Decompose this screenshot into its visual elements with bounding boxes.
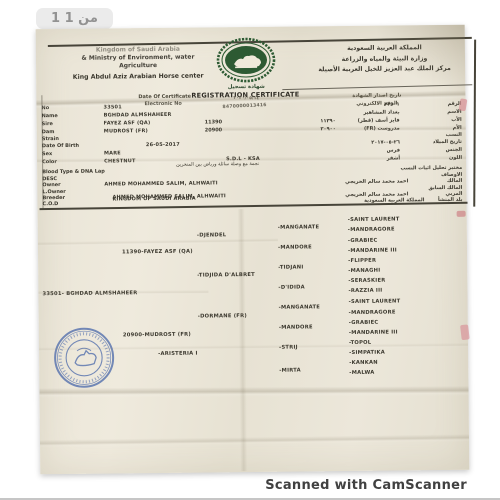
field-value-ar: ٣٣٥٠١ — [384, 101, 399, 107]
horse-center-seal-icon — [216, 37, 276, 84]
field-value: FAYEZ ASF (QA) — [104, 120, 151, 126]
pedigree-gen4-entry: -MIRTA — [279, 367, 301, 373]
field-value: MARE — [104, 150, 121, 156]
field-value-ar: بغداد المشاهير — [363, 109, 399, 115]
pink-edge-mark — [457, 211, 466, 217]
date-of-certificate-label-ar: تاريخ اصدار الشهادة — [352, 92, 401, 99]
pedigree-subject: 33501- BGHDAD ALMSHAHEER — [42, 290, 137, 297]
pedigree-gen4-entry: -TIDJANI — [278, 264, 303, 270]
dam-reg-number-ar: ٢٠٩٠٠ — [320, 126, 335, 132]
field-label-ar: اللون — [449, 155, 462, 161]
pedigree-gen3-entry: -DJENDEL — [197, 232, 226, 238]
field-label-en: Color — [42, 159, 57, 165]
sire-reg-number: 11390 — [205, 119, 222, 125]
field-label-ar: الأب — [451, 117, 462, 123]
field-value: KINGDOM OF SAUDI ARABIA — [112, 196, 195, 203]
ministry-header-en: Kingdom of Saudi Arabia & Ministry of En… — [42, 45, 234, 71]
certificate-date-value: ٢٠٢٠/٠٥/١٤ — [233, 96, 259, 101]
pedigree-sire: 11390-FAYEZ ASF (QA) — [122, 249, 193, 256]
paper-crease — [40, 434, 469, 448]
pedigree-gen5-entry: -KANKAN — [349, 360, 378, 366]
field-value: AHMED MOHAMMED SALIM, ALHWAITI — [104, 180, 218, 187]
header-underline-right — [282, 84, 472, 90]
org-line3-en: Agriculture — [42, 61, 234, 71]
pedigree-gen4-entry: -MANGANATE — [279, 304, 321, 310]
scanned-certificate: Kingdom of Saudi Arabia & Ministry of En… — [36, 25, 470, 474]
pedigree-gen5-entry: -MANDRAGORE — [349, 310, 396, 316]
field-value-ar: أشقر — [387, 155, 400, 161]
seal-caption-ar: شهادة تسجيل — [215, 84, 277, 91]
page-indicator-badge: 1 من 1 — [36, 8, 113, 29]
field-label-en: Name — [42, 113, 58, 119]
field-label-en: No — [41, 105, 49, 111]
field-label-ar: الاسم — [447, 109, 461, 115]
field-label-ar: بلد المنشأ — [438, 197, 463, 203]
field-label-ar: الرقم — [448, 101, 462, 107]
date-of-certificate-label: Date Of Certificate — [138, 94, 191, 101]
pedigree-dam: 20900-MUDROST (FR) — [123, 332, 191, 339]
field-label-ar: تاريخ الميلاد — [433, 139, 462, 145]
camscanner-watermark: Scanned with CamScanner — [265, 478, 467, 493]
field-value-ar: المملكة العربية السعودية — [364, 197, 424, 204]
field-value-ar: مدروست (FR) — [364, 125, 400, 131]
pedigree-gen5-entry: -SAINT LAURENT — [349, 298, 401, 305]
field-value-ar: فرس — [387, 147, 400, 153]
pedigree-gen5-entry: -SIMPATIKA — [349, 350, 385, 356]
field-label-en: Strain — [42, 136, 59, 142]
pedigree-gen4-entry: -MANDORE — [278, 244, 312, 250]
paper-crease-vertical — [238, 209, 248, 471]
sire-reg-number-ar: ١١٣٩٠ — [320, 118, 335, 124]
field-value: BGHDAD ALMSHAHEER — [104, 112, 172, 119]
field-label-en: Blood Type & DNA Lap — [42, 169, 105, 176]
pedigree-gen4-entry: -STRIJ — [279, 345, 298, 351]
field-label-en: Dam — [42, 129, 55, 135]
pedigree-gen5-entry: -MANAGHI — [348, 268, 380, 274]
camscanner-page-view: 1 من 1 Kingdom of Saudi Arabia & Ministr… — [0, 0, 500, 500]
pedigree-gen5-entry: -MANDARINE III — [348, 247, 397, 254]
pedigree-gen3-entry: -ARISTERIA I — [158, 351, 198, 357]
pedigree-gen5-entry: -MANDARINE III — [349, 329, 398, 336]
field-label-ar: المالك — [447, 178, 462, 184]
markings-desc-ar: نجمة مع وصلة سائلة ورياض بين المنخرين — [176, 162, 259, 168]
field-value-ar: ٢٦-٠٥-٢٠١٧ — [371, 139, 400, 145]
pedigree-gen3-entry: -DORMANE (FR) — [198, 313, 247, 320]
ministry-header-ar: المملكة العربية السعودية وزارة البيئة وا… — [301, 43, 468, 76]
official-round-stamp-icon — [52, 325, 117, 390]
field-value: MUDROST (FR) — [104, 128, 148, 134]
horse-center-name-en: King Abdul Aziz Arabian Horse center — [38, 72, 238, 81]
pedigree-gen5-entry: -MANDRAGORE — [348, 227, 395, 233]
field-value: 26-05-2017 — [146, 142, 180, 148]
field-label-en: Sire — [42, 121, 53, 127]
field-label-en: Sex — [42, 151, 52, 157]
pedigree-gen5-entry: -MALWA — [349, 370, 374, 376]
pedigree-gen5-entry: -GRABIEC — [348, 238, 378, 244]
field-value: CHESTNUT — [104, 158, 136, 164]
field-value-ar: احمد محمد سالم الحريجي — [345, 178, 408, 185]
pedigree-gen5-entry: -TOPOL — [349, 340, 371, 346]
pedigree-gen4-entry: -MANDORE — [279, 324, 313, 330]
dam-reg-number: 20900 — [205, 127, 222, 133]
pedigree-gen5-entry: -SERASKIER — [348, 278, 385, 284]
field-label-en: C.O.D — [42, 201, 58, 207]
pedigree-gen5-entry: -GRABIEC — [349, 320, 379, 326]
pedigree-gen3-entry: -TIDJIDA D'ALBRET — [197, 272, 255, 279]
pedigree-gen4-entry: -D'IDIDA — [278, 284, 305, 290]
pedigree-gen5-entry: -SAINT LAURENT — [348, 216, 400, 223]
field-label-ar: النسب — [446, 132, 462, 138]
right-border-rule — [473, 40, 475, 207]
pedigree-gen5-entry: -FLIPPER — [348, 258, 376, 264]
org-line3-ar: مركز الملك عبد العزيز للخيل العربية الأص… — [301, 64, 468, 76]
pedigree-gen4-entry: -MANGANATE — [278, 224, 320, 230]
field-value: 33501 — [103, 104, 121, 110]
field-label-ar: الجنس — [446, 147, 462, 153]
paper-crease — [38, 238, 278, 247]
field-label-ar: مختبر تحليل اثبات النسب — [400, 165, 462, 172]
field-label-en: Owner — [42, 182, 60, 188]
field-value-ar: فايز أسف (قطر) — [358, 117, 400, 123]
field-label-ar: الأم — [453, 125, 462, 131]
pink-edge-mark — [460, 324, 470, 340]
pedigree-gen5-entry: -RAZZIA III — [348, 288, 382, 294]
field-label-en: Date Of Birth — [42, 143, 79, 149]
